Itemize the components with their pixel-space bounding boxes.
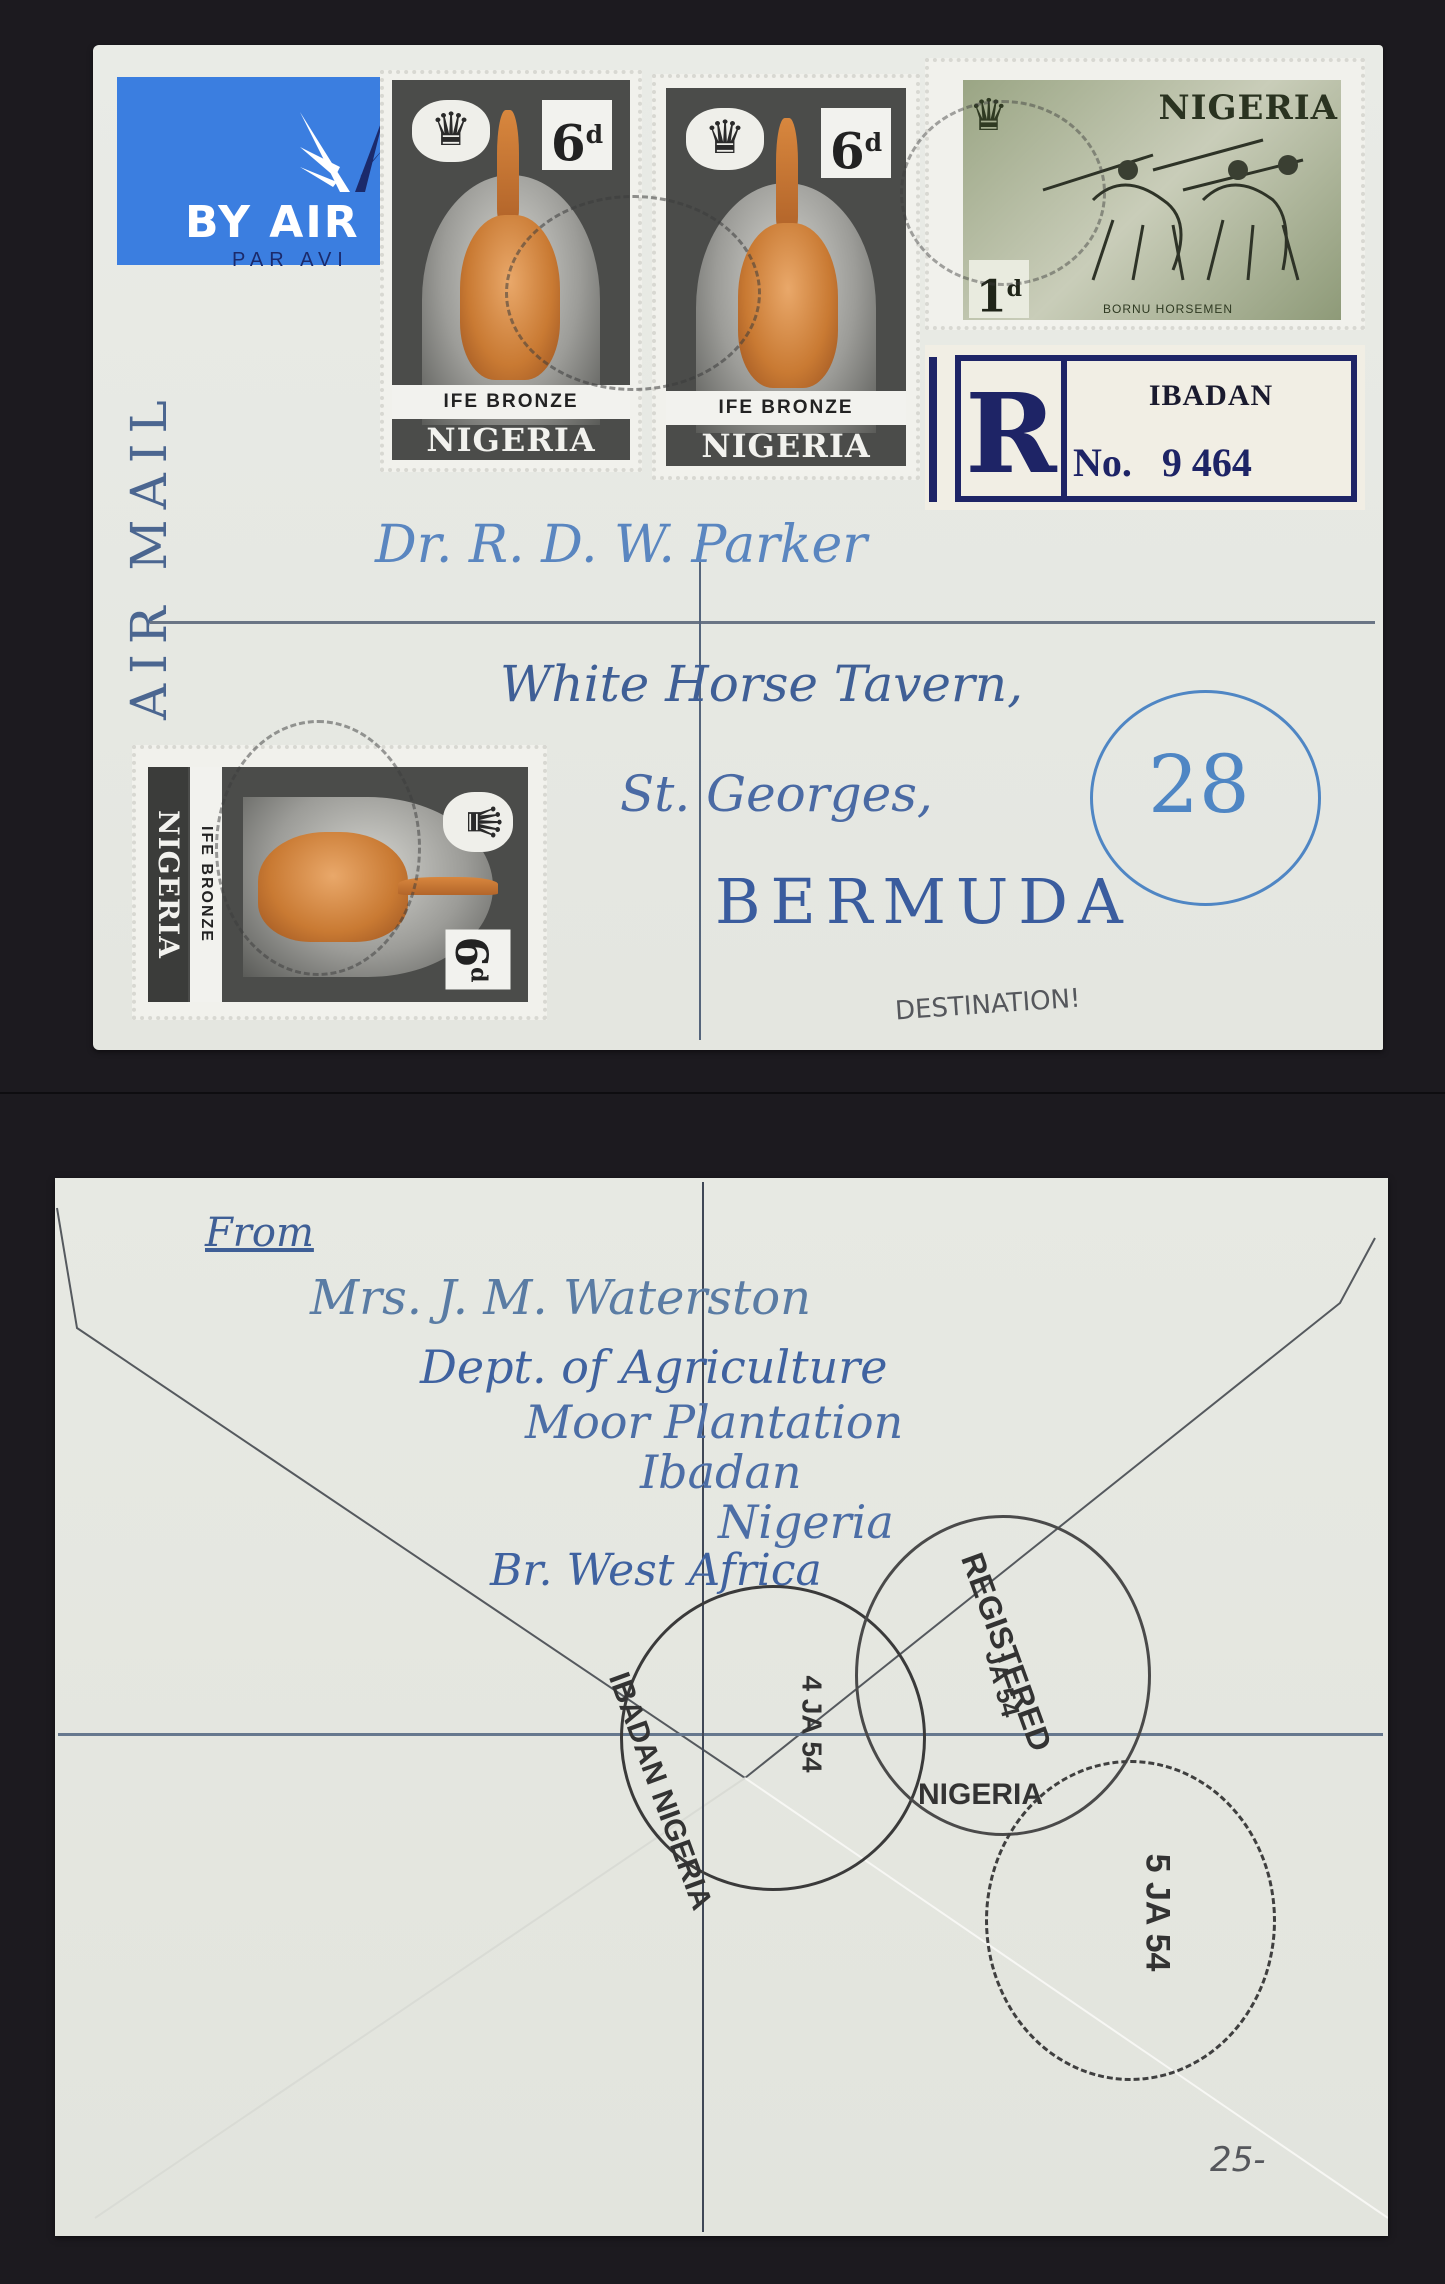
stamp-country: NIGERIA [148,767,188,1002]
registration-letter: R [961,361,1067,496]
registration-office: IBADAN [1071,379,1351,413]
airmail-label: BY AIR M PAR AVI [117,77,387,265]
stamp-value: 6d [821,108,891,178]
address-name: Dr. R. D. W. Parker [375,515,867,575]
crown-icon: ♛ [443,792,513,852]
divider [0,1092,1445,1094]
postmark-front-1 [505,195,761,391]
airmail-label-subtitle: PAR AVI [232,249,349,272]
crown-icon: ♛ [686,108,764,170]
from-label: From [205,1210,314,1256]
stamp-caption: IFE BRONZE [666,391,906,425]
sender-line-2: Moor Plantation [525,1395,903,1449]
address-line-1: White Horse Tavern, [500,655,1023,713]
pencil-price: 25- [1210,2140,1266,2180]
wing-icon [295,107,385,197]
sender-line-4: Nigeria [718,1495,894,1549]
crown-icon: ♛ [412,100,490,162]
circled-number: 28 [1090,690,1321,906]
stamp-caption: IFE BRONZE [392,385,630,419]
postmark-front-2 [900,100,1106,286]
stamp-value: 6d [542,100,612,170]
registration-number: No. 9 464 [1073,439,1252,486]
sender-name: Mrs. J. M. Waterston [310,1270,811,1326]
sender-line-3: Ibadan [640,1445,802,1499]
registration-line-horizontal [150,621,1375,624]
sender-line-1: Dept. of Agriculture [420,1340,887,1394]
postmark-arrival: 5 JA 54 [985,1760,1276,2081]
stamp-country: NIGERIA [1123,88,1338,128]
registration-label: R IBADAN No. 9 464 [925,345,1365,510]
postmark-front-3 [215,720,421,976]
address-line-3: BERMUDA [715,865,1133,938]
handwritten-air-mail: AIR MAIL [120,390,178,720]
stamp-country: NIGERIA [666,426,906,466]
stamp-caption: BORNU HORSEMEN [1103,302,1233,316]
stamp-country: NIGERIA [392,420,630,460]
stamp-caption: IFE BRONZE [190,767,222,1002]
stamp-value: 6d [446,930,511,990]
address-line-2: St. Georges, [620,765,933,823]
